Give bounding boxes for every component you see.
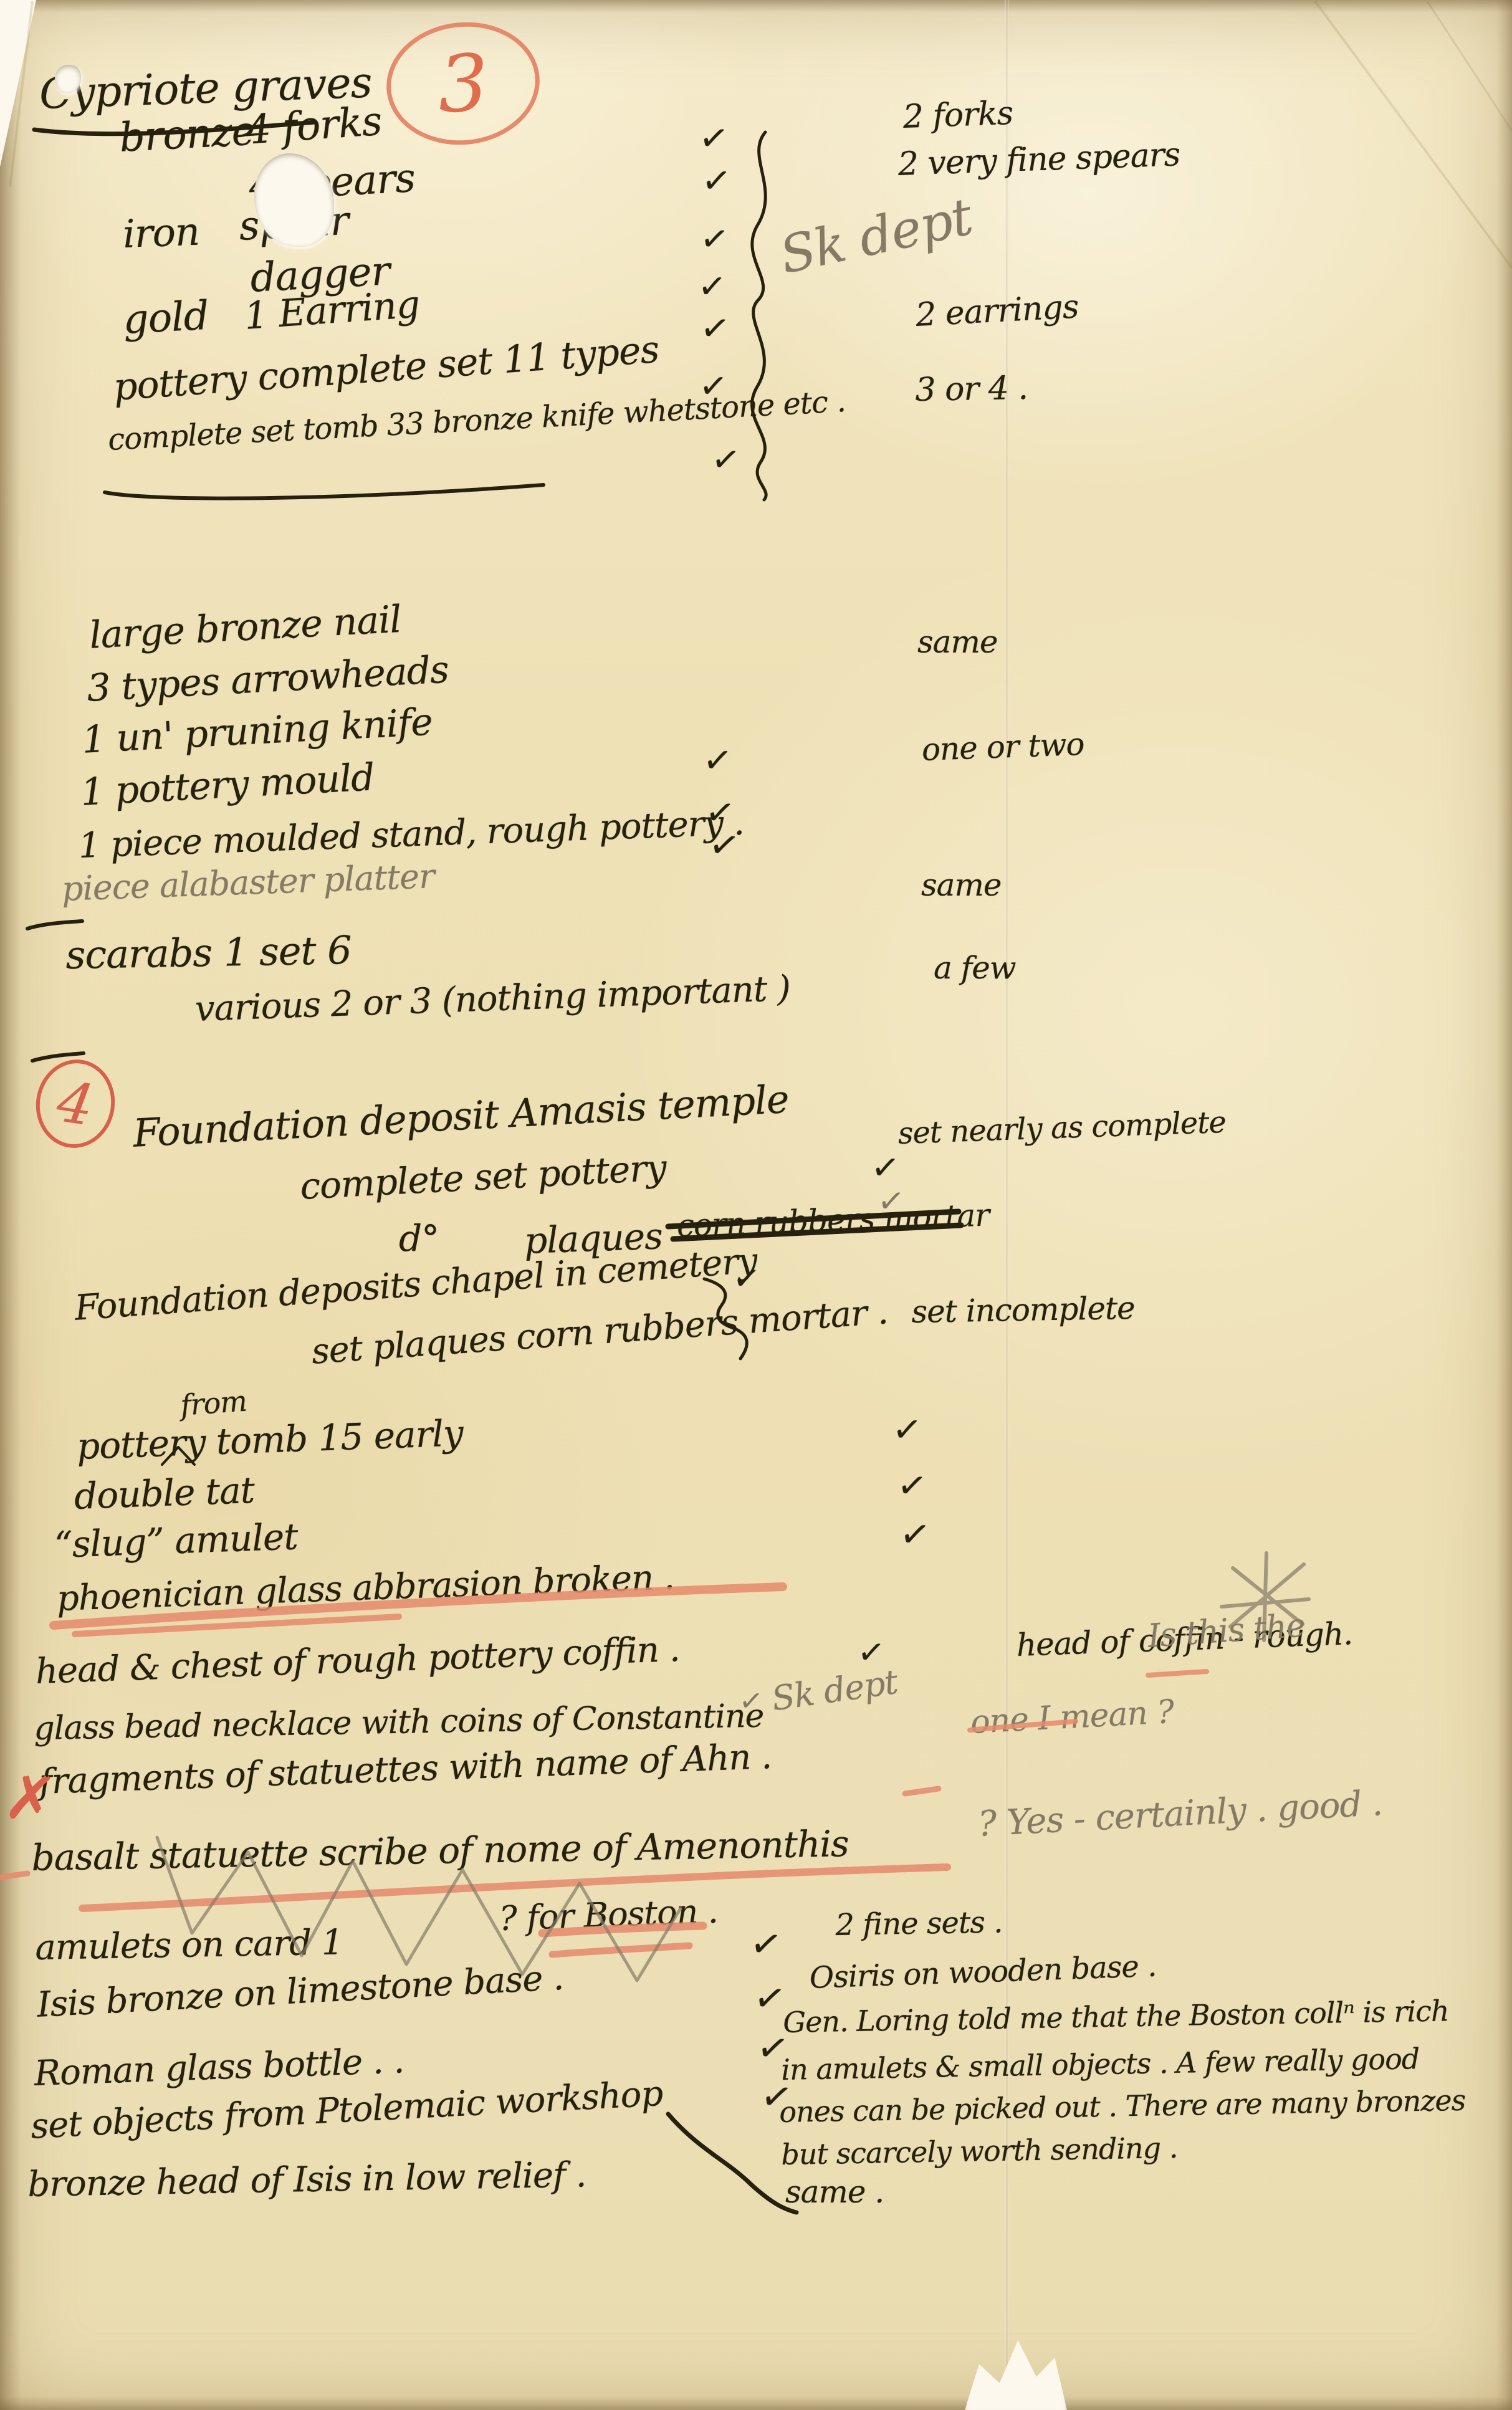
line-pottery-mould: 1 pottery mould bbox=[80, 758, 375, 811]
note-set-nearly: set nearly as complete bbox=[897, 1107, 1227, 1149]
checkmark: ✓ bbox=[696, 265, 728, 307]
line-moulded-stand: 1 piece moulded stand, rough pottery . bbox=[78, 806, 745, 864]
note-one-or-two: one or two bbox=[921, 729, 1084, 765]
checkmark: ✓ bbox=[895, 1464, 930, 1508]
line-coffin-head: head & chest of rough pottery coffin . bbox=[35, 1632, 680, 1690]
line-material-gold: gold bbox=[122, 296, 209, 340]
checkmark: ✓ bbox=[697, 117, 732, 161]
crease-top-right bbox=[1315, 1, 1512, 268]
left-edge-shadow bbox=[0, 0, 21, 2410]
note-same-3: same . bbox=[785, 2176, 884, 2207]
section1-brace bbox=[752, 132, 767, 500]
checkmark: ✓ bbox=[731, 1259, 762, 1299]
line-fragments: fragments of statuettes with name of Ahn… bbox=[39, 1739, 772, 1800]
pointer-curve bbox=[668, 2114, 797, 2212]
note-fine-spears: 2 very fine spears bbox=[897, 138, 1180, 181]
line-bronze-head: bronze head of Isis in low relief . bbox=[27, 2158, 586, 2202]
note-loring-4: but scarcely worth sending . bbox=[781, 2133, 1178, 2169]
note-a-few: a few bbox=[934, 952, 1016, 983]
line-foundation-amasis: Foundation deposit Amasis temple bbox=[132, 1080, 790, 1153]
pencil-sk-dept-2: Sk dept bbox=[770, 1665, 899, 1716]
red-underline-boston-2 bbox=[552, 1946, 689, 1954]
note-3-or-4: 3 or 4 . bbox=[915, 372, 1028, 406]
line-arrowheads: 3 types arrowheads bbox=[86, 651, 449, 707]
line-various: various 2 or 3 (nothing important ) bbox=[194, 972, 791, 1027]
top-edge-shadow bbox=[0, 0, 1512, 12]
line-from-insert: from bbox=[179, 1387, 247, 1420]
pencil-alabaster: piece alabaster platter bbox=[61, 859, 435, 906]
note-2-fine-sets: 2 fine sets . bbox=[835, 1907, 1003, 1940]
checkmark: ✓ bbox=[701, 739, 734, 783]
tomb-line-flourish bbox=[105, 485, 543, 499]
line-double-tat: double tat bbox=[74, 1472, 255, 1514]
line-gold-earring: 1 Earring bbox=[243, 285, 421, 335]
line-scarabs: scarabs 1 set 6 bbox=[65, 931, 352, 975]
section-number: 4 bbox=[52, 1069, 98, 1139]
checkmark-pencil: ✓ bbox=[876, 1182, 907, 1222]
line-material-bronze: bronze bbox=[118, 112, 256, 158]
line-bronze-forks: 4 forks bbox=[244, 102, 383, 151]
pencil-one-i-mean: one I mean ? bbox=[970, 1696, 1174, 1739]
checkmark: ✓ bbox=[709, 438, 743, 481]
right-edge-shadow bbox=[1496, 0, 1512, 2410]
checkmark: ✓ bbox=[697, 365, 730, 407]
page-number: 3 bbox=[436, 37, 489, 130]
line-large-nail: large bronze nail bbox=[89, 601, 402, 654]
bottom-edge-tear bbox=[965, 2331, 1067, 2410]
note-loring-1: Gen. Loring told me that the Boston coll… bbox=[783, 1996, 1449, 2037]
note-set-incomplete: set incomplete bbox=[911, 1293, 1135, 1327]
line-slug-amulet: “slug” amulet bbox=[54, 1518, 298, 1563]
line-roman-bottle: Roman glass bottle . . bbox=[34, 2044, 404, 2092]
checkmark: ✓ bbox=[891, 1408, 924, 1452]
line-pottery-tomb15: pottery tomb 15 early bbox=[76, 1415, 464, 1465]
line-isis-bronze: Isis bronze on limestone base . bbox=[36, 1961, 564, 2023]
note-same-2: same bbox=[921, 869, 1001, 901]
manuscript-page: 3 4 Cypriote graves bronze 4 forks 4 spe… bbox=[0, 0, 1512, 2410]
red-underline-is-this bbox=[1148, 1671, 1207, 1675]
checkmark: ✓ bbox=[698, 307, 733, 351]
checkmark: ✓ bbox=[698, 218, 732, 261]
red-cross-mark: ✗ bbox=[1, 1765, 59, 1832]
red-strikethrough-2 bbox=[75, 1617, 399, 1634]
checkmark: ✓ bbox=[856, 1633, 887, 1673]
line-glass-necklace: glass bead necklace with coins of Consta… bbox=[34, 1700, 764, 1745]
checkmark: ✓ bbox=[706, 821, 743, 868]
note-osiris: Osiris on wooden base . bbox=[809, 1951, 1157, 1993]
line-complete-set-pottery: complete set pottery bbox=[299, 1149, 667, 1205]
checkmark: ✓ bbox=[700, 160, 733, 203]
page-number-circle: 3 bbox=[380, 15, 545, 153]
section-number-circle: 4 bbox=[30, 1054, 122, 1154]
note-loring-3: ones can be picked out . There are many … bbox=[779, 2086, 1466, 2126]
margin-dash-1 bbox=[27, 921, 82, 929]
note-loring-2: in amulets & small objects . A few reall… bbox=[781, 2044, 1420, 2084]
line-phoenician-struck: phoenician glass abbrasion broken . bbox=[56, 1560, 675, 1617]
bottom-edge-shadow bbox=[0, 2396, 1512, 2410]
red-dash-margin-right bbox=[905, 1789, 939, 1794]
line-struck-words: corn rubbers mortar bbox=[676, 1199, 990, 1241]
checkmark: ✓ bbox=[897, 1511, 934, 1557]
line-material-iron: iron bbox=[122, 213, 200, 254]
pencil-sk-dept-1: Sk dept bbox=[776, 191, 977, 282]
pencil-yes-certainly: ? Yes - certainly . good . bbox=[977, 1786, 1383, 1842]
note-2-earrings: 2 earrings bbox=[915, 290, 1079, 332]
line-for-boston: ? for Boston . bbox=[499, 1895, 718, 1936]
line-amulets-card: amulets on card 1 bbox=[35, 1925, 343, 1966]
line-basalt: basalt statuette scribe of nome of Ameno… bbox=[31, 1825, 849, 1876]
checkmark-pencil: ✓ bbox=[737, 1683, 765, 1719]
line-ditto: d° bbox=[399, 1220, 439, 1256]
note-same-1: same bbox=[917, 626, 997, 657]
checkmark: ✓ bbox=[747, 1920, 785, 1969]
line-pottery-set: pottery complete set 11 types bbox=[112, 331, 660, 406]
line-pruning-knife: 1 un' pruning knife bbox=[81, 704, 433, 759]
note-2-forks: 2 forks bbox=[902, 97, 1013, 133]
